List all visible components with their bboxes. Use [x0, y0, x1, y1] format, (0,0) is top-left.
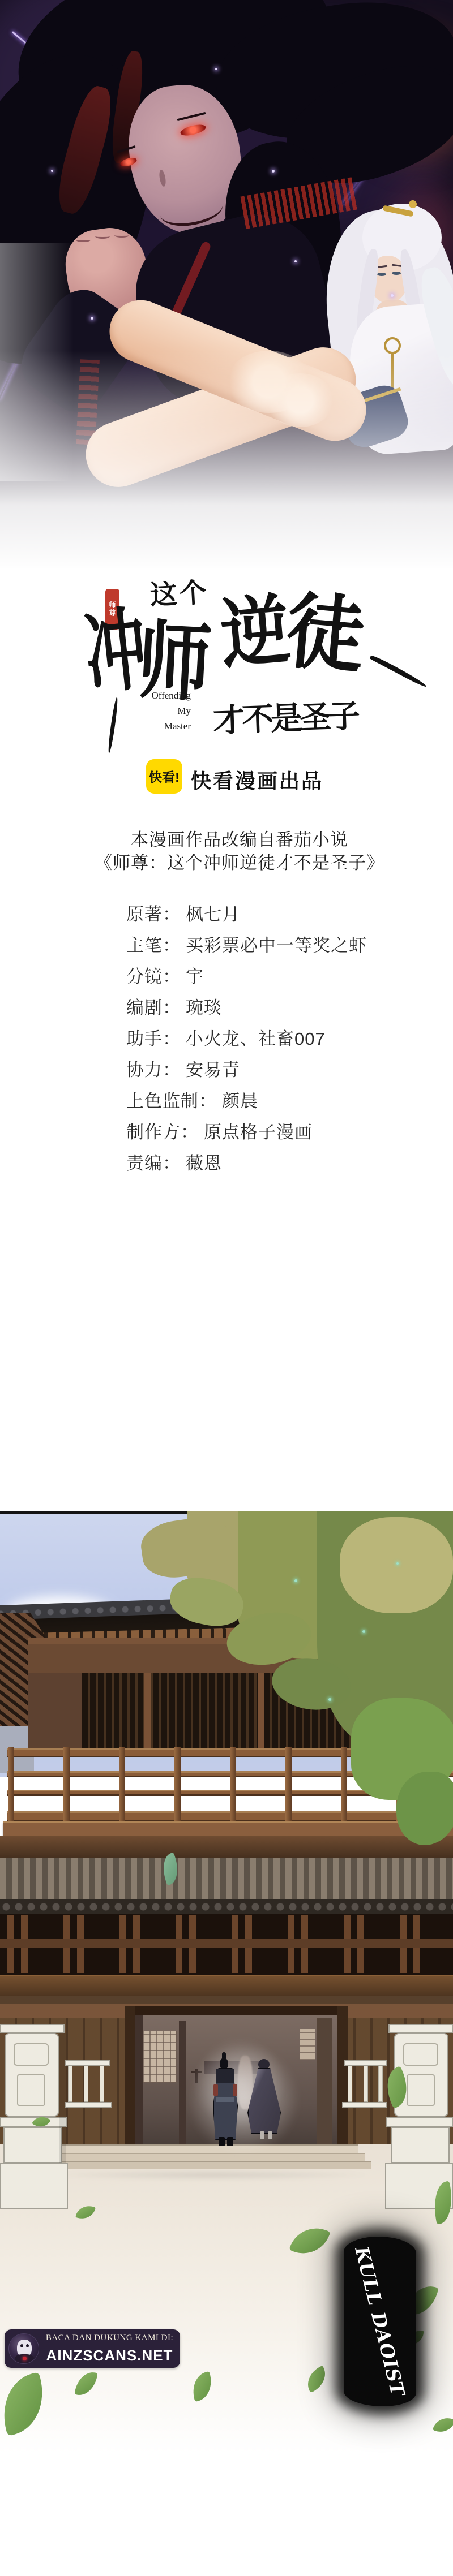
- door-frame-right: [337, 2006, 348, 2144]
- figure-foot: [260, 2131, 264, 2139]
- robe-sash: [216, 2097, 234, 2102]
- credit-colon: ：: [181, 1122, 199, 1142]
- credit-label: 编剧: [126, 998, 163, 1018]
- credit-colon: ：: [163, 998, 181, 1018]
- pedestal-slab: [388, 2024, 453, 2033]
- sparkle: [91, 317, 93, 320]
- cover-illustration: [0, 0, 453, 568]
- title-char-tu: 徒: [283, 589, 368, 679]
- dougong-row: [0, 1948, 453, 1973]
- adaptation-note-line2: 《师尊：这个冲师逆徒才不是圣子》: [11, 848, 453, 874]
- credit-colon: ：: [163, 1153, 181, 1173]
- balustrade-post: [100, 2066, 104, 2102]
- pedestal-shade: [59, 2033, 66, 2163]
- credit-row-script: 编剧：琬琰: [126, 993, 222, 1019]
- leaf-sparkle: [362, 1630, 365, 1633]
- lit-lattice-window: [300, 2029, 315, 2060]
- railing-post: [285, 1747, 292, 1823]
- credit-row-producer: 制作方：原点格子漫画: [126, 1118, 313, 1143]
- railing-post: [8, 1747, 14, 1823]
- door-frame-left: [125, 2006, 135, 2144]
- credit-label: 上色监制: [126, 1091, 199, 1111]
- credit-value: 琬琰: [186, 998, 222, 1018]
- sparkle: [51, 170, 53, 172]
- bracket-beam: [0, 1939, 453, 1948]
- credit-value: 安易青: [186, 1060, 240, 1080]
- balustrade-post: [364, 2066, 368, 2102]
- title-english-line: Offending: [116, 688, 191, 703]
- railing-post: [174, 1747, 181, 1823]
- leaf-sparkle: [294, 1579, 297, 1582]
- sparkle: [391, 294, 394, 297]
- watermark-text: KULL DAOIST: [351, 2244, 409, 2398]
- eave-tile-rows: [0, 1858, 453, 1899]
- title-english-line: Master: [116, 718, 191, 734]
- window-mullion: [258, 1673, 264, 1749]
- pedestal-base: [391, 2127, 450, 2163]
- comic-panel: KULL DAOIST BACA DAN DUKUNG KAMI DI: AIN…: [0, 1511, 453, 2576]
- title-prefix: 这个: [149, 579, 210, 609]
- balustrade-rail: [65, 2102, 112, 2108]
- credit-label: 主笔: [126, 936, 163, 955]
- balustrade-post: [378, 2066, 383, 2102]
- tile-end-circles: [0, 1899, 453, 1914]
- figure-backlight-glow: [187, 2043, 300, 2156]
- lower-beam: [0, 1975, 453, 1996]
- credit-colon: ：: [163, 1029, 181, 1049]
- credit-colon: ：: [163, 967, 181, 987]
- statue-carving: [17, 2074, 45, 2106]
- railing-post: [63, 1747, 70, 1823]
- figure-foot: [268, 2131, 272, 2139]
- railing-post: [119, 1747, 125, 1823]
- badge-support-label: BACA DAN DUKUNG KAMI DI:: [45, 2333, 174, 2343]
- credit-value: 原点格子漫画: [204, 1122, 313, 1142]
- badge-text: BACA DAN DUKUNG KAMI DI: AINZSCANS.NET: [45, 2333, 174, 2364]
- title-suffix: 才不是圣子: [212, 700, 358, 737]
- knuckle-line: [95, 234, 110, 239]
- publisher-label: 快看漫画出品: [191, 765, 323, 794]
- leaf-sparkle: [396, 1562, 399, 1565]
- scanlation-badge: BACA DAN DUKUNG KAMI DI: AINZSCANS.NET: [5, 2329, 180, 2368]
- interior-pillar: [135, 2015, 143, 2144]
- avatar-eye: [20, 2344, 23, 2347]
- female-eye: [392, 272, 401, 275]
- pedestal-slab: [0, 2024, 65, 2033]
- credit-row-color-supervisor: 上色监制：颜晨: [126, 1087, 258, 1112]
- credit-label: 原著: [126, 904, 163, 924]
- sparkle: [215, 68, 217, 70]
- credit-value: 枫七月: [186, 904, 240, 924]
- brush-sweep-stroke: [369, 654, 428, 688]
- credit-label: 助手: [126, 1029, 163, 1049]
- eave-beam: [0, 1836, 453, 1858]
- figure-arm: [233, 2084, 237, 2096]
- pedestal-base: [3, 2127, 62, 2163]
- gold-hairpin-top: [409, 200, 417, 208]
- knuckle-line: [76, 238, 91, 242]
- white-fade-left: [0, 243, 74, 481]
- lit-lattice-window: [143, 2031, 177, 2083]
- door-lintel: [125, 2006, 348, 2015]
- credit-row-support: 协力：安易青: [126, 1056, 240, 1081]
- manhua-cover-page: 师尊 这个 冲 师 逆 徒 才不是圣子 Offending My Master …: [0, 0, 453, 2576]
- title-char-ni: 逆: [217, 591, 293, 674]
- balustrade-rail: [65, 2060, 110, 2066]
- figure-head: [220, 2058, 228, 2069]
- robe-shoulders: [216, 2069, 234, 2083]
- credit-row-editor: 责编：薇恩: [126, 1149, 222, 1174]
- avatar-eye: [26, 2344, 29, 2347]
- ink-brush-watermark: KULL DAOIST: [344, 2237, 416, 2406]
- balustrade-post: [348, 2066, 352, 2102]
- credit-colon: ：: [163, 1060, 181, 1080]
- adaptation-note-line1: 本漫画作品改编自番茄小说: [11, 825, 453, 851]
- badge-divider: [46, 2345, 173, 2345]
- female-eye: [377, 273, 386, 276]
- credit-value: 薇恩: [186, 1153, 222, 1173]
- credit-colon: ：: [163, 936, 181, 955]
- statue-carving: [14, 2043, 49, 2066]
- credit-row-artist: 主笔：买彩票必中一等奖之虾: [126, 931, 367, 957]
- credit-row-storyboard: 分镜：宇: [126, 962, 204, 988]
- interior-pillar: [317, 2018, 332, 2144]
- sparkle: [294, 260, 297, 262]
- statue-carving: [407, 2074, 435, 2106]
- credit-label: 分镜: [126, 967, 163, 987]
- balustrade-post: [84, 2066, 88, 2102]
- statue-carving: [403, 2043, 438, 2066]
- credit-label: 协力: [126, 1060, 163, 1080]
- credit-colon: ：: [163, 904, 181, 924]
- credit-colon: ：: [199, 1091, 217, 1111]
- pedestal-plinth: [0, 2163, 68, 2209]
- steps-shadow: [48, 2170, 376, 2180]
- window-mullion: [144, 1673, 151, 1749]
- credit-value: 买彩票必中一等奖之虾: [186, 936, 367, 955]
- title-english: Offending My Master: [116, 688, 191, 734]
- credit-row-assistant: 助手：小火龙、社畜007: [126, 1024, 326, 1050]
- balustrade-post: [68, 2066, 72, 2102]
- balustrade-rail: [342, 2102, 387, 2108]
- kuaikan-logo: 快看!: [146, 759, 182, 794]
- title-english-line: My: [116, 703, 191, 718]
- badge-site-url: AINZSCANS.NET: [45, 2347, 174, 2364]
- dougong-row: [0, 1915, 453, 1939]
- tree-foliage-highlight: [340, 1517, 453, 1613]
- credit-value: 小火龙、社畜007: [186, 1029, 326, 1049]
- upper-wall-left: [28, 1673, 82, 1749]
- credit-row-author: 原著：枫七月: [126, 900, 240, 925]
- credit-label: 责编: [126, 1153, 163, 1173]
- figure-arm: [213, 2084, 218, 2096]
- figure-boot: [227, 2137, 233, 2146]
- figure-boot: [219, 2137, 225, 2146]
- ainz-avatar-icon: [8, 2333, 39, 2364]
- interior-pillar: [179, 2021, 186, 2144]
- hanging-leaves: [396, 1772, 453, 1845]
- avatar-red-orb: [23, 2357, 27, 2360]
- credit-value: 宇: [186, 967, 204, 987]
- credit-value: 颜晨: [222, 1091, 258, 1111]
- leaf-sparkle: [328, 1698, 331, 1701]
- railing-post: [341, 1747, 347, 1823]
- sparkle: [272, 170, 275, 173]
- credit-label: 制作方: [126, 1122, 181, 1142]
- railing-post: [230, 1747, 236, 1823]
- balustrade-rail: [344, 2060, 387, 2066]
- step: [43, 2161, 371, 2169]
- balcony-fascia: [3, 1821, 453, 1836]
- knuckle-line: [114, 233, 129, 238]
- pedestal-mid-slab: [386, 2117, 453, 2127]
